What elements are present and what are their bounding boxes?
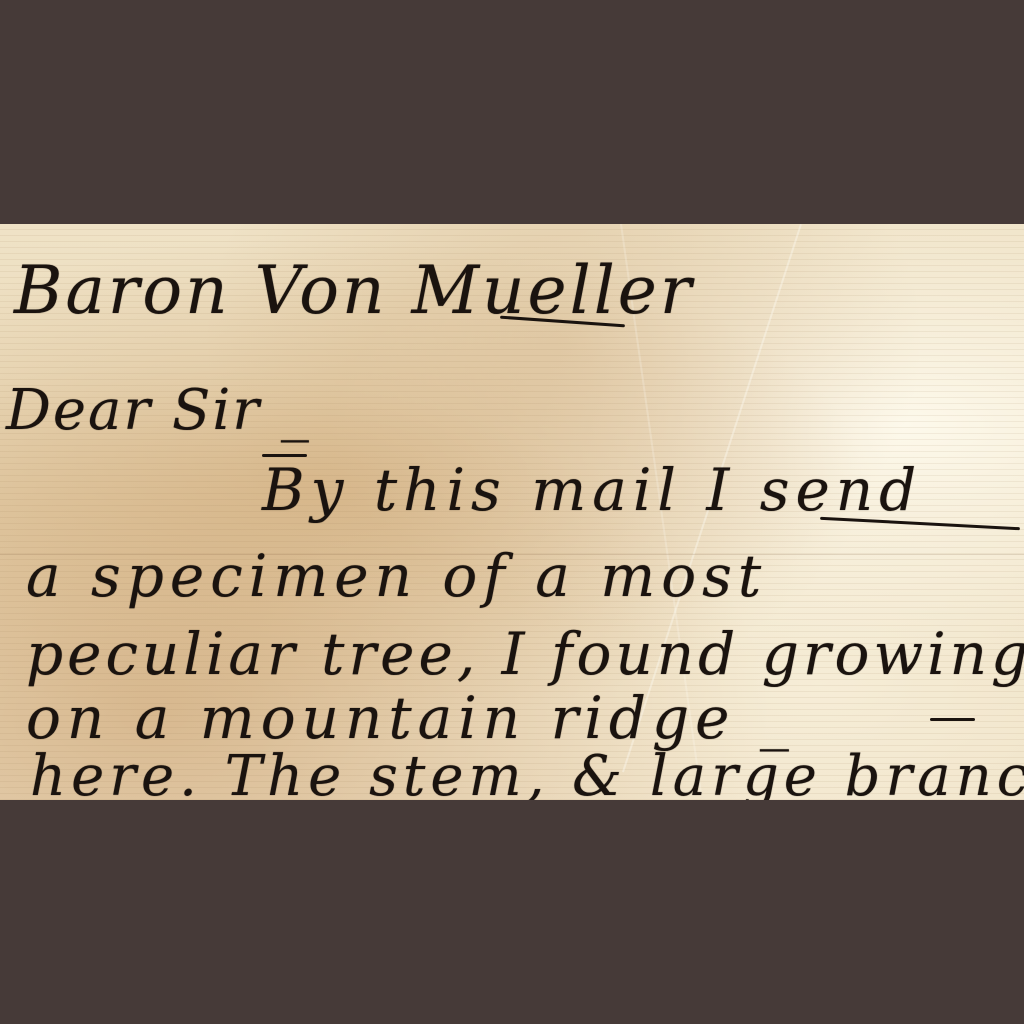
addressee-line: Baron Von Mueller <box>14 252 694 329</box>
body-line: By this mail I send <box>262 456 922 524</box>
top-frame-border <box>0 0 1024 224</box>
handwritten-letter: Baron Von Mueller Dear Sir _ By this mai… <box>0 224 1024 800</box>
body-line: peculiar tree, I found growing <box>26 620 1024 688</box>
body-line: on a mountain ridge _ <box>26 684 795 752</box>
bottom-frame-border <box>0 800 1024 1024</box>
dash-flourish <box>930 718 975 721</box>
body-line: here. The stem, & large branches <box>30 744 1024 800</box>
body-line: a specimen of a most <box>26 542 767 610</box>
salutation-line: Dear Sir _ <box>6 378 311 443</box>
